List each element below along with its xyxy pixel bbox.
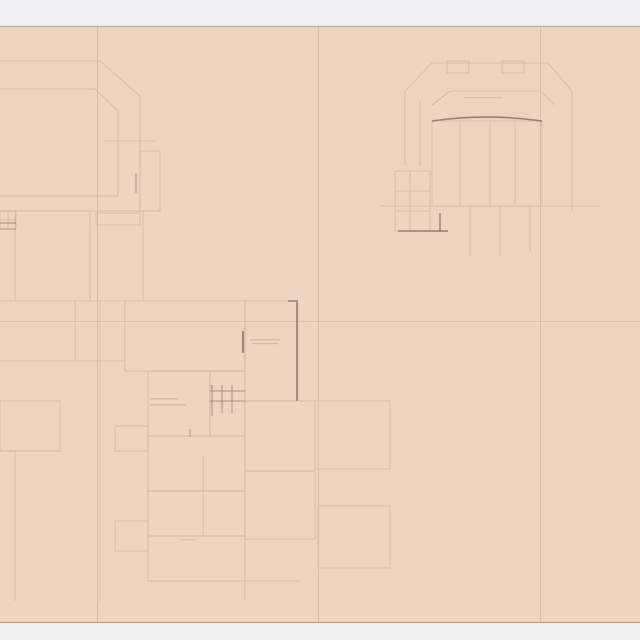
floor-plan-drawing — [0, 27, 640, 622]
plan-upper-right — [380, 61, 600, 256]
drawing-sheet — [0, 26, 640, 623]
stage-curve — [432, 117, 542, 121]
plan-lower-left — [0, 301, 390, 601]
bold-wall — [288, 301, 297, 401]
